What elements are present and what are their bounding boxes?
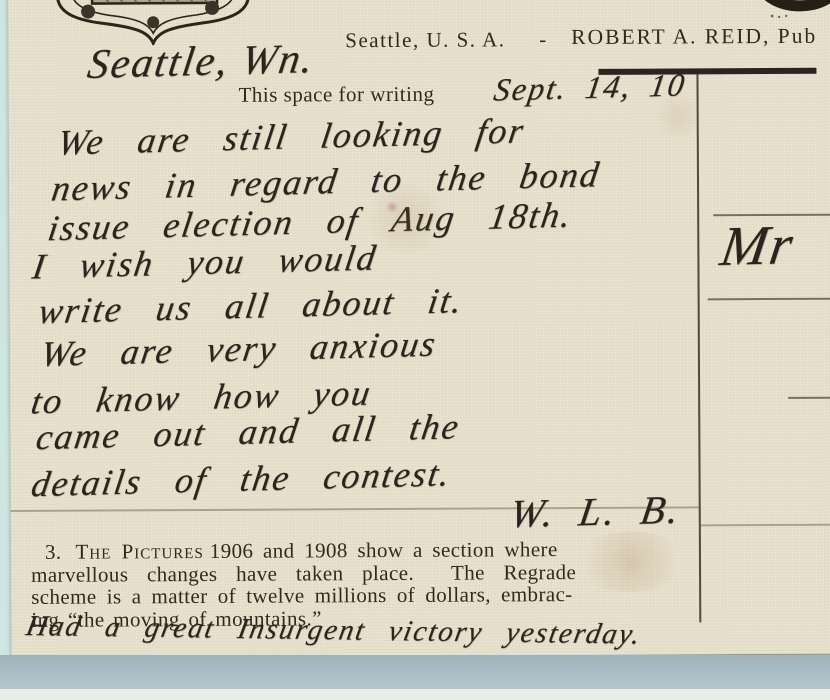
postcard-scan: Seattle, U. S. A. - ROBERT A. REID, Pub …	[0, 0, 830, 700]
message-line: I wish you would	[30, 239, 380, 284]
address-rule	[708, 298, 830, 301]
message-line: write us all about it.	[36, 282, 466, 329]
postcard: Seattle, U. S. A. - ROBERT A. REID, Pub …	[8, 0, 830, 659]
handwritten-address-start: Mr	[717, 217, 798, 275]
message-line: We are very anxious	[39, 326, 440, 372]
printed-dash: -	[539, 29, 546, 50]
scan-background-strip	[0, 689, 830, 700]
message-line: came out and all the	[34, 408, 463, 455]
message-line: We are still looking for	[55, 112, 527, 160]
caption-separator-rule	[701, 524, 830, 526]
caption-lead: The Pictures	[75, 539, 203, 564]
printed-publisher: ROBERT A. REID, Pub	[571, 26, 817, 49]
writing-space-label: This space for writing	[238, 84, 434, 106]
address-rule	[788, 397, 830, 399]
printed-city: Seattle, U. S. A.	[345, 29, 505, 51]
handwritten-date: Sept. 14, 10	[492, 68, 689, 105]
handwritten-place-line: Seattle, Wn.	[85, 38, 318, 86]
caption-text: 1906 and 1908 show a section where	[210, 537, 558, 563]
handwritten-signature: W. L. B.	[507, 490, 684, 534]
message-line: details of the contest.	[29, 455, 454, 502]
caption-number: 3.	[45, 540, 62, 564]
handwritten-bottom-note: Had a great Insurgent victory yesterday.	[24, 612, 644, 650]
scan-background-band	[0, 655, 830, 689]
postmark-oval-icon	[752, 0, 830, 22]
